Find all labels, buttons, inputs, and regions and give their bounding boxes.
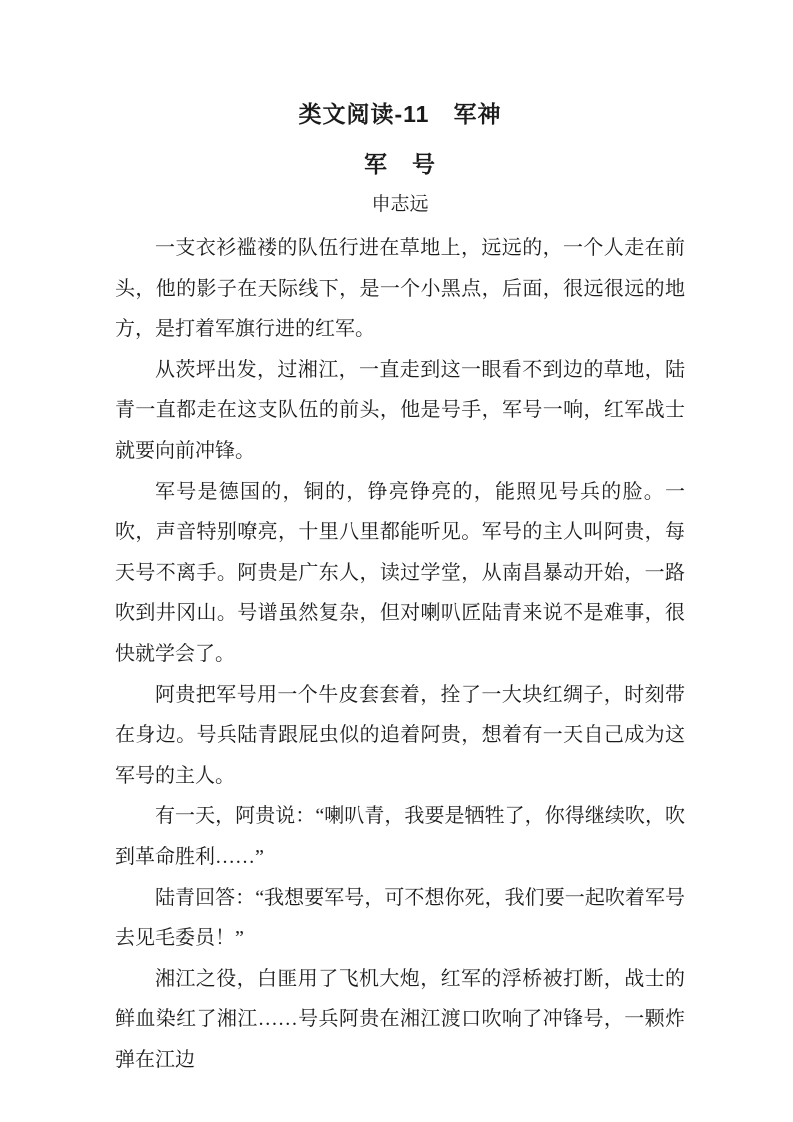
article-body: 一支衣衫褴褛的队伍行进在草地上，远远的，一个人走在前头，他的影子在天际线下，是一…	[115, 228, 685, 1080]
paragraph: 湘江之役，白匪用了飞机大炮，红军的浮桥被打断，战士的鲜血染红了湘江……号兵阿贵在…	[115, 959, 685, 1081]
document-title: 类文阅读-11 军神	[115, 100, 685, 128]
paragraph: 一支衣衫褴褛的队伍行进在草地上，远远的，一个人走在前头，他的影子在天际线下，是一…	[115, 228, 685, 350]
document-subtitle: 军 号	[115, 150, 685, 178]
paragraph: 阿贵把军号用一个牛皮套套着，拴了一大块红绸子，时刻带在身边。号兵陆青跟屁虫似的追…	[115, 675, 685, 797]
paragraph: 有一天，阿贵说：“喇叭青，我要是牺牲了，你得继续吹，吹到革命胜利……”	[115, 796, 685, 877]
document-page: 类文阅读-11 军神 军 号 申志远 一支衣衫褴褛的队伍行进在草地上，远远的，一…	[0, 0, 793, 1122]
paragraph: 从茨坪出发，过湘江，一直走到这一眼看不到边的草地，陆青一直都走在这支队伍的前头，…	[115, 350, 685, 472]
document-author: 申志远	[115, 194, 685, 216]
paragraph: 军号是德国的，铜的，铮亮铮亮的，能照见号兵的脸。一吹，声音特别嘹亮，十里八里都能…	[115, 472, 685, 675]
paragraph: 陆青回答：“我想要军号，可不想你死，我们要一起吹着军号去见毛委员！”	[115, 878, 685, 959]
